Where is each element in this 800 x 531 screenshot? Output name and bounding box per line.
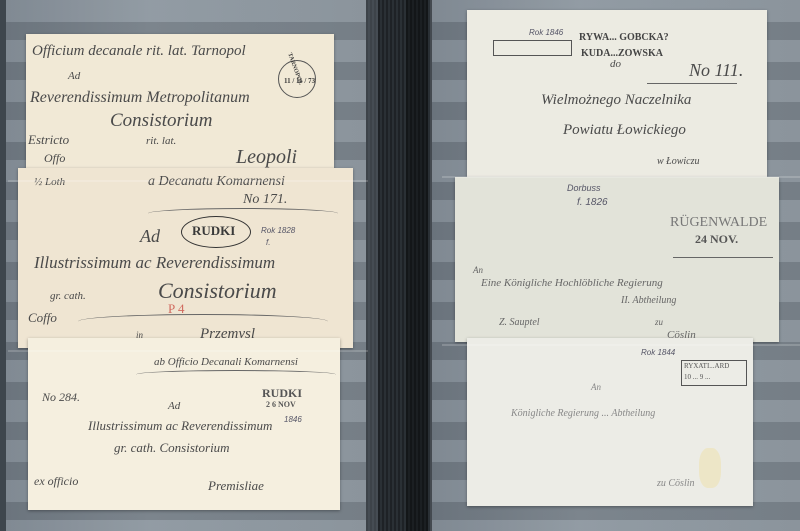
pencil-note: Dorbuss bbox=[567, 183, 601, 193]
destination: zu Cöslin bbox=[657, 478, 695, 489]
ad-line: Ad bbox=[140, 226, 160, 247]
boxed-postmark: RYXATI...ARD 10 ... 9 ... bbox=[681, 360, 747, 386]
pencil-note-year: Rok 1846 bbox=[529, 28, 563, 37]
endorsement: Offo bbox=[44, 151, 65, 166]
pencil-note-year: f. 1826 bbox=[577, 197, 608, 208]
letter-cover-4[interactable]: Rok 1846 RYWA... GOBCKA? KUDA...ZOWSKA d… bbox=[467, 10, 767, 180]
number-line: No 284. bbox=[42, 390, 80, 405]
postmark-line-1: RYXATI...ARD bbox=[684, 362, 729, 370]
endorsement: Z. Sauptel bbox=[499, 317, 540, 328]
pencil-note-year: Rok 1844 bbox=[641, 348, 675, 357]
postmark-line-2: KUDA...ZOWSKA bbox=[581, 48, 663, 59]
an-line: An bbox=[591, 382, 601, 392]
addressee-line: Reverendissimum Metropolitanum bbox=[30, 89, 250, 107]
endorsement: ex officio bbox=[34, 474, 78, 489]
addressee-line: Powiatu Łowickiego bbox=[563, 122, 686, 139]
postmark-town: RUDKI bbox=[192, 223, 235, 239]
yellow-stain bbox=[699, 448, 721, 488]
book-edge bbox=[0, 0, 6, 531]
endorsement: Estricto bbox=[28, 132, 69, 148]
flourish bbox=[647, 83, 737, 88]
pencil-note-year: Rok 1828 bbox=[261, 226, 295, 235]
addressee-line: Consistorium bbox=[110, 110, 212, 132]
letter-cover-6[interactable]: Rok 1844 RYXATI...ARD 10 ... 9 ... An Kö… bbox=[467, 338, 753, 506]
destination: w Łowiczu bbox=[657, 156, 700, 167]
postmark-date: 2 6 NOV bbox=[266, 400, 296, 409]
an-line: An bbox=[473, 265, 483, 275]
postmark-date: 24 NOV. bbox=[695, 232, 738, 247]
flourish bbox=[673, 257, 773, 260]
endorsement: Coffo bbox=[28, 310, 57, 326]
number-line: No 171. bbox=[243, 192, 287, 208]
sender-line: ab Officio Decanali Komarnensi bbox=[154, 356, 298, 368]
addressee-line: gr. cath. Consistorium bbox=[114, 440, 230, 456]
pocket-strip bbox=[8, 180, 368, 182]
flourish bbox=[136, 370, 336, 379]
addressee-line: Königliche Regierung ... Abtheilung bbox=[511, 408, 655, 419]
ad-line: Ad bbox=[68, 70, 80, 82]
letter-cover-2[interactable]: ½ Loth a Decanatu Komarnensi No 171. RUD… bbox=[18, 168, 353, 348]
letter-cover-5[interactable]: Dorbuss f. 1826 RÜGENWALDE 24 NOV. An Ei… bbox=[455, 177, 779, 342]
letter-cover-1[interactable]: Officium decanale rit. lat. Tarnopol Ad … bbox=[26, 34, 334, 179]
zu-line: zu bbox=[655, 317, 663, 327]
letter-cover-3[interactable]: ab Officio Decanali Komarnensi No 284. A… bbox=[28, 338, 340, 510]
sender-line: a Decanatu Komarnensi bbox=[148, 174, 285, 190]
destination: Leopoli bbox=[236, 146, 297, 169]
addressee-line: Eine Königliche Hochlöbliche Regierung bbox=[481, 277, 663, 289]
pencil-note: f. bbox=[266, 238, 270, 247]
addressee-line: II. Abtheilung bbox=[621, 295, 676, 306]
addressee-line: Illustrissimum ac Reverendissimum bbox=[34, 253, 275, 273]
rite-line: rit. lat. bbox=[146, 135, 176, 147]
ad-line: Ad bbox=[168, 400, 180, 412]
number-line: No 111. bbox=[689, 60, 743, 81]
spine-shadow bbox=[406, 0, 428, 531]
postmark-town: RUDKI bbox=[262, 386, 302, 401]
spine-highlight bbox=[366, 0, 378, 531]
postmark-town: RÜGENWALDE bbox=[670, 215, 767, 231]
flourish bbox=[148, 208, 338, 219]
addressee-line: Illustrissimum ac Reverendissimum bbox=[88, 418, 272, 434]
sender-line: Officium decanale rit. lat. Tarnopol bbox=[32, 43, 246, 60]
destination: Premisliae bbox=[208, 478, 264, 494]
boxed-cancel bbox=[493, 40, 572, 56]
stockbook-spine bbox=[366, 0, 442, 531]
postmark-line-1: RYWA... GOBCKA? bbox=[579, 32, 669, 43]
rite-line: gr. cath. bbox=[50, 290, 86, 302]
do-line: do bbox=[610, 58, 621, 70]
pencil-note-year: 1846 bbox=[284, 415, 302, 424]
pocket-strip bbox=[8, 350, 368, 352]
weight-note: ½ Loth bbox=[34, 176, 65, 188]
pocket-strip bbox=[442, 344, 800, 346]
pocket-strip bbox=[442, 176, 800, 178]
addressee-line: Wielmożnego Naczelnika bbox=[541, 92, 691, 109]
postmark-line-2: 10 ... 9 ... bbox=[684, 373, 710, 381]
postmark-date: 11 / 11 / 73 bbox=[284, 77, 315, 85]
